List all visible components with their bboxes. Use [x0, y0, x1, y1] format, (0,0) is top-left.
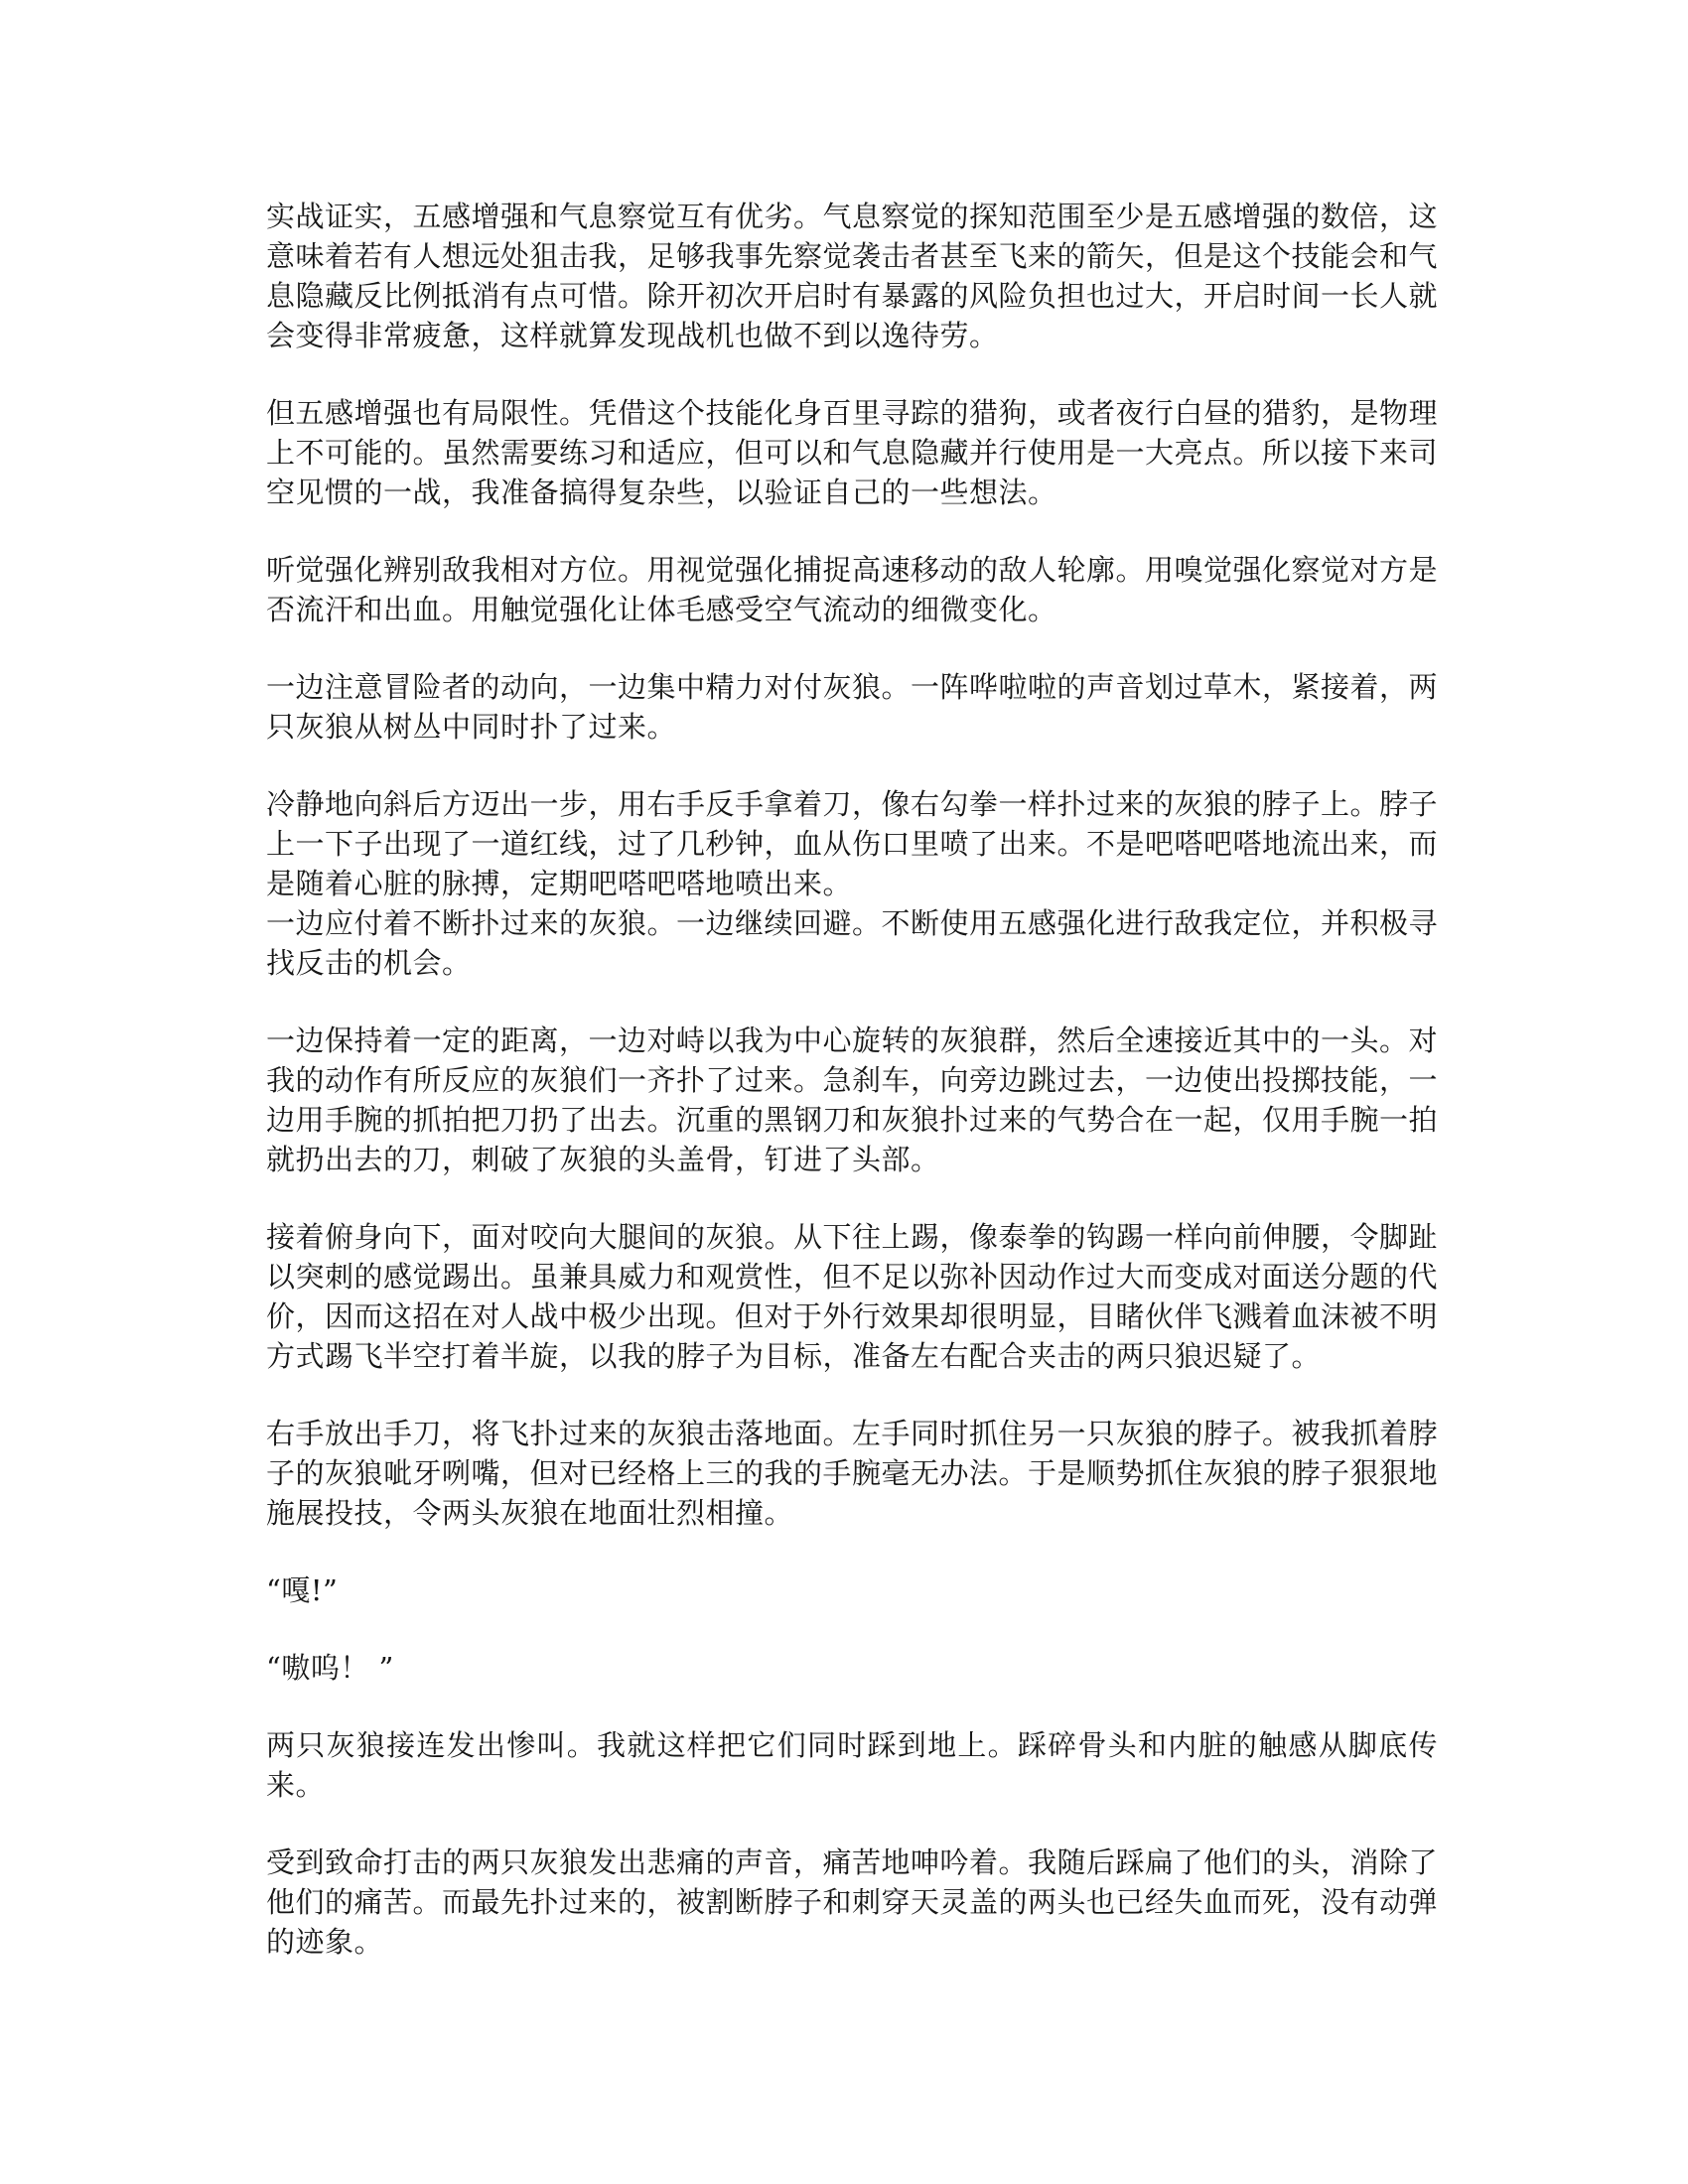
paragraph: 接着俯身向下，面对咬向大腿间的灰狼。从下往上踢，像泰拳的钩踢一样向前伸腰，令脚趾…: [266, 1217, 1438, 1376]
quote-paragraph: “嗷呜！ ”: [266, 1648, 1438, 1688]
paragraph: 受到致命打击的两只灰狼发出悲痛的声音，痛苦地呻吟着。我随后踩扁了他们的头，消除了…: [266, 1843, 1438, 1962]
paragraph: 听觉强化辨别敌我相对方位。用视觉强化捕捉高速移动的敌人轮廓。用嗅觉强化察觉对方是…: [266, 550, 1438, 629]
paragraph: 一边注意冒险者的动向，一边集中精力对付灰狼。一阵哗啦啦的声音划过草木，紧接着，两…: [266, 667, 1438, 747]
text-column: 实战证实，五感增强和气息察觉互有优劣。气息察觉的探知范围至少是五感增强的数倍，这…: [266, 197, 1438, 1999]
paragraph: 冷静地向斜后方迈出一步，用右手反手拿着刀，像右勾拳一样扑过来的灰狼的脖子上。脖子…: [266, 784, 1438, 903]
paragraph: 右手放出手刀，将飞扑过来的灰狼击落地面。左手同时抓住另一只灰狼的脖子。被我抓着脖…: [266, 1414, 1438, 1533]
paragraph: 但五感增强也有局限性。凭借这个技能化身百里寻踪的猎狗，或者夜行白昼的猎豹，是物理…: [266, 393, 1438, 512]
quote-paragraph: “嘎!”: [266, 1570, 1438, 1610]
paragraph: 两只灰狼接连发出惨叫。我就这样把它们同时踩到地上。踩碎骨头和内脏的触感从脚底传来…: [266, 1725, 1438, 1805]
paragraph: 一边应付着不断扑过来的灰狼。一边继续回避。不断使用五感强化进行敌我定位，并积极寻…: [266, 903, 1438, 983]
paragraph: 一边保持着一定的距离，一边对峙以我为中心旋转的灰狼群，然后全速接近其中的一头。对…: [266, 1021, 1438, 1179]
paragraph: 实战证实，五感增强和气息察觉互有优劣。气息察觉的探知范围至少是五感增强的数倍，这…: [266, 197, 1438, 355]
document-page: 实战证实，五感增强和气息察觉互有优劣。气息察觉的探知范围至少是五感增强的数倍，这…: [0, 0, 1688, 2184]
